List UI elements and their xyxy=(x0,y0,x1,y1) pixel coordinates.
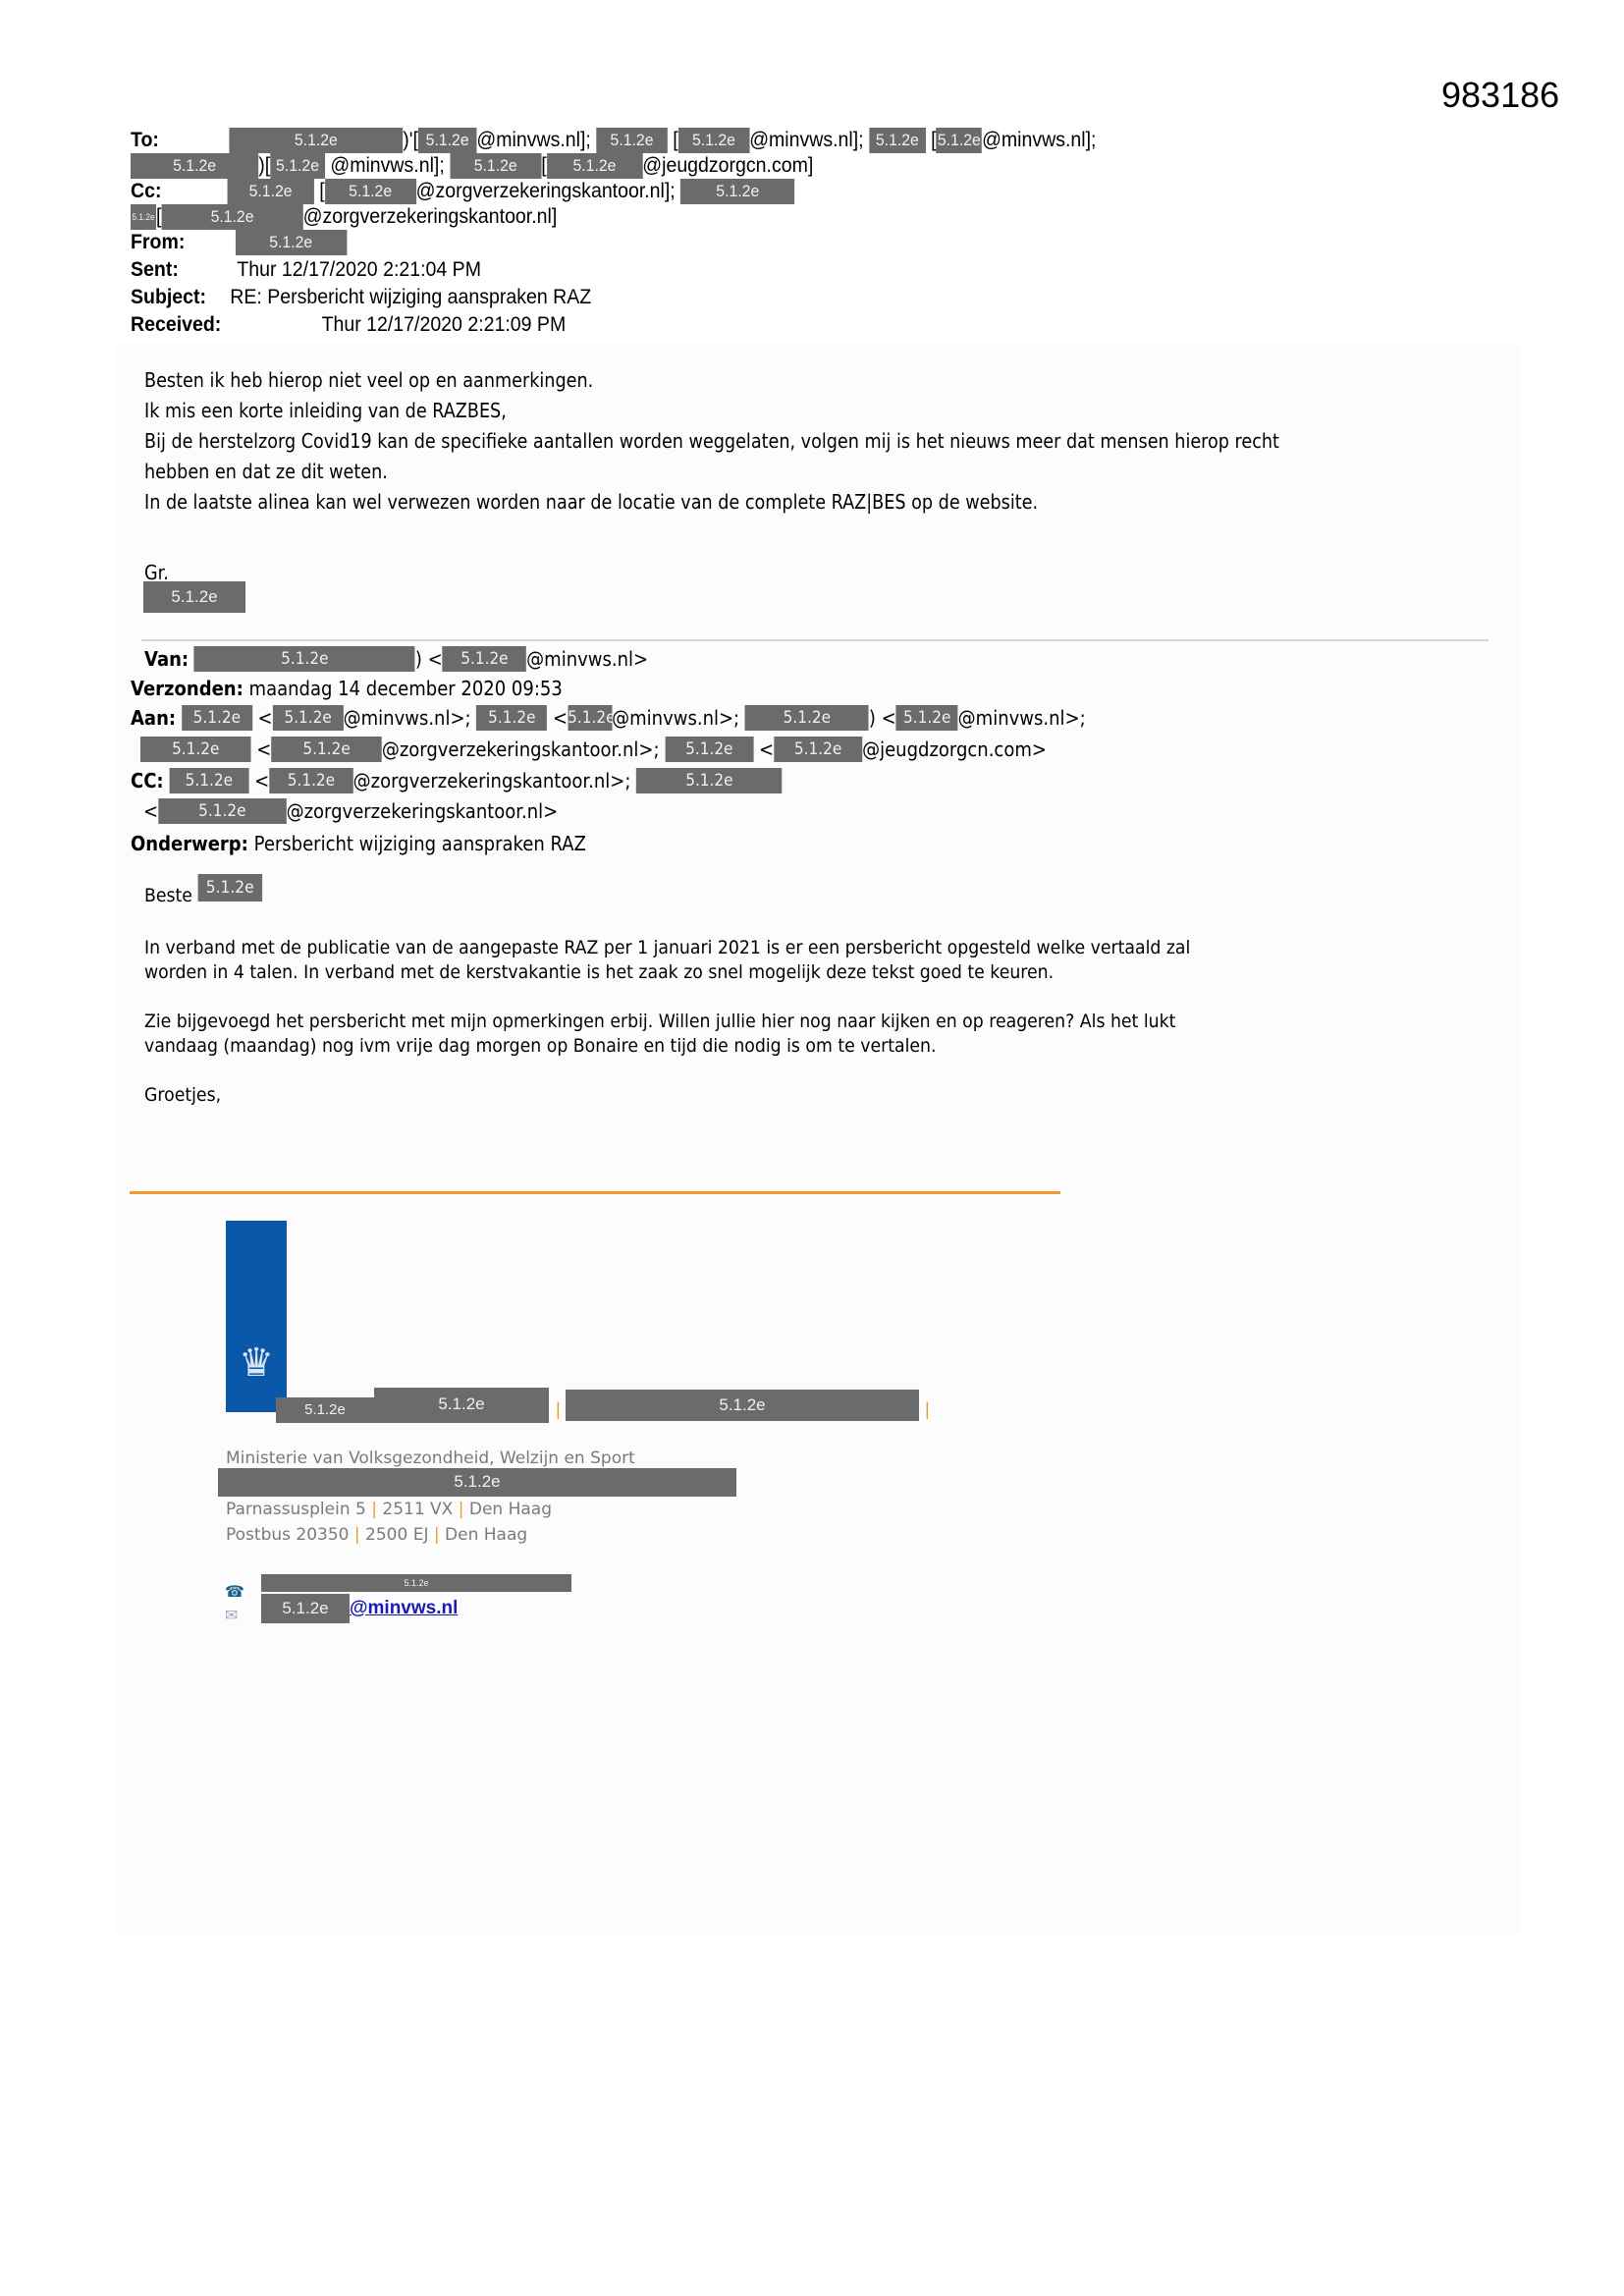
paragraph: worden in 4 talen. In verband met de ker… xyxy=(144,960,1190,985)
redaction: 5.1.2e xyxy=(235,230,346,255)
signature-rule xyxy=(130,1191,1060,1194)
redaction: 5.1.2e xyxy=(140,737,251,762)
redaction: 5.1.2e xyxy=(197,874,262,902)
aan-label: Aan: xyxy=(131,706,176,730)
aan-line-2: 5.1.2e <5.1.2e@zorgverzekeringskantoor.n… xyxy=(140,737,1047,762)
envelope-icon: ✉ xyxy=(225,1606,238,1625)
redaction: 5.1.2e xyxy=(418,128,477,153)
postcode: 2500 EJ xyxy=(365,1525,428,1545)
cc-line-2: <5.1.2e@zorgverzekeringskantoor.nl> xyxy=(143,798,558,824)
paragraph: Bij de herstelzorg Covid19 kan de specif… xyxy=(144,426,1279,457)
separator: | xyxy=(354,1525,360,1545)
street: Parnassusplein 5 xyxy=(226,1500,366,1519)
sent-value: Thur 12/17/2020 2:21:04 PM xyxy=(237,258,481,281)
text: @zorgverzekeringskantoor.nl>; xyxy=(382,738,660,761)
text: @zorgverzekeringskantoor.nl]; xyxy=(416,180,676,202)
city: Den Haag xyxy=(445,1525,527,1545)
divider xyxy=(141,639,1489,641)
closing: Groetjes, xyxy=(144,1083,1190,1108)
aan-line-1: Aan: 5.1.2e <5.1.2e@minvws.nl>; 5.1.2e <… xyxy=(131,705,1086,731)
to-line-2: 5.1.2e)[5.1.2e @minvws.nl]; 5.1.2e[5.1.2… xyxy=(131,153,813,179)
text: )[ xyxy=(258,154,270,177)
text: @minvws.nl>; xyxy=(958,706,1086,730)
redaction: 5.1.2e xyxy=(869,128,926,153)
paragraph: In de laatste alinea kan wel verwezen wo… xyxy=(144,487,1279,518)
redaction: 5.1.2e xyxy=(169,768,248,793)
redaction: 5.1.2e xyxy=(218,1468,736,1497)
address-line-1: Parnassusplein 5 | 2511 VX | Den Haag xyxy=(226,1497,552,1522)
redaction: 5.1.2e xyxy=(745,705,869,731)
phone-icon: ☎ xyxy=(225,1582,244,1602)
original-body: Beste 5.1.2e In verband met de publicati… xyxy=(144,884,1190,1132)
text: @minvws.nl]; xyxy=(982,129,1096,151)
redaction: 5.1.2e xyxy=(450,153,541,179)
redaction: 5.1.2e xyxy=(774,737,862,762)
text: @zorgverzekeringskantoor.nl> xyxy=(287,799,559,823)
separator: | xyxy=(434,1525,440,1545)
redaction: 5.1.2e xyxy=(273,705,344,731)
sent-line: Sent:Thur 12/17/2020 2:21:04 PM xyxy=(131,257,481,283)
redaction: 5.1.2e xyxy=(596,128,668,153)
subject-value: RE: Persbericht wijziging aanspraken RAZ xyxy=(230,286,591,308)
redaction: 5.1.2e xyxy=(896,705,958,731)
city: Den Haag xyxy=(469,1500,552,1519)
greeting-line: Beste 5.1.2e xyxy=(144,884,1190,911)
text: < xyxy=(143,799,158,823)
text: @jeugdzorgcn.com> xyxy=(862,738,1047,761)
separator: | xyxy=(556,1399,561,1420)
greeting: Beste xyxy=(144,885,192,906)
redaction: 5.1.2e xyxy=(131,204,156,230)
redaction: 5.1.2e xyxy=(271,737,382,762)
text: @minvws.nl>; xyxy=(612,706,739,730)
redaction: 5.1.2e xyxy=(937,128,983,153)
to-line-1: To:5.1.2e)'[5.1.2e@minvws.nl]; 5.1.2e [5… xyxy=(131,128,1096,153)
paragraph: Ik mis een korte inleiding van de RAZBES… xyxy=(144,396,1279,426)
text: @minvws.nl]; xyxy=(476,129,590,151)
text: @minvws.nl]; xyxy=(749,129,863,151)
signature-redaction: 5.1.2e xyxy=(143,581,245,613)
paragraph: Zie bijgevoegd het persbericht met mijn … xyxy=(144,1010,1190,1034)
text: < xyxy=(553,706,568,730)
redaction: 5.1.2e xyxy=(230,128,404,153)
subject-line: Subject:RE: Persbericht wijziging aanspr… xyxy=(131,285,591,310)
separator: | xyxy=(925,1399,930,1420)
redaction: 5.1.2e xyxy=(566,1390,919,1421)
text: )'[ xyxy=(403,129,418,151)
redaction: 5.1.2e xyxy=(678,128,750,153)
paragraph: In verband met de publicatie van de aang… xyxy=(144,936,1190,960)
received-label: Received: xyxy=(131,313,221,336)
cc-line: CC: 5.1.2e <5.1.2e@zorgverzekeringskanto… xyxy=(131,768,783,793)
redaction: 5.1.2e xyxy=(665,737,753,762)
text: < xyxy=(258,706,273,730)
from-label: From: xyxy=(131,231,185,253)
sent-label: Sent: xyxy=(131,258,179,281)
onderwerp-label: Onderwerp: xyxy=(131,832,248,855)
reply-body: Besten ik heb hierop niet veel op en aan… xyxy=(144,365,1279,588)
redaction: 5.1.2e xyxy=(261,1594,350,1623)
verzonden-label: Verzonden: xyxy=(131,677,244,700)
text: @minvws.nl>; xyxy=(344,706,471,730)
redaction: 5.1.2e xyxy=(227,179,313,204)
van-label: Van: xyxy=(144,647,189,671)
onderwerp-value: Persbericht wijziging aanspraken RAZ xyxy=(254,832,586,855)
redaction: 5.1.2e xyxy=(270,153,325,179)
redaction: 5.1.2e xyxy=(476,705,547,731)
text: < xyxy=(759,738,774,761)
redaction: 5.1.2e xyxy=(161,204,302,230)
redaction: 5.1.2e xyxy=(374,1388,549,1423)
redaction: 5.1.2e xyxy=(547,153,643,179)
redaction: 5.1.2e xyxy=(182,705,252,731)
cc-label: CC: xyxy=(131,769,164,793)
redaction: 5.1.2e xyxy=(269,768,353,793)
verzonden-value: maandag 14 december 2020 09:53 xyxy=(249,677,563,700)
redaction: 5.1.2e xyxy=(276,1397,374,1423)
redaction: 5.1.2e xyxy=(131,153,258,179)
redaction: 5.1.2e xyxy=(568,705,612,731)
separator: | xyxy=(371,1500,377,1519)
text: @minvws.nl]; xyxy=(330,154,444,177)
separator: | xyxy=(459,1500,464,1519)
redaction: 5.1.2e xyxy=(325,179,416,204)
redaction: 5.1.2e xyxy=(261,1574,571,1592)
cc-line-2: 5.1.2e[5.1.2e@zorgverzekeringskantoor.nl… xyxy=(131,204,557,230)
postcode: 2511 VX xyxy=(382,1500,453,1519)
cc-line-1: Cc:5.1.2e [5.1.2e@zorgverzekeringskantoo… xyxy=(131,179,794,204)
redaction: 5.1.2e xyxy=(443,646,527,672)
text: @minvws.nl> xyxy=(526,647,648,671)
from-line: From:5.1.2e xyxy=(131,230,347,255)
closing: Gr. xyxy=(144,558,1279,588)
received-value: Thur 12/17/2020 2:21:09 PM xyxy=(322,313,567,336)
address-line-2: Postbus 20350 | 2500 EJ | Den Haag xyxy=(226,1522,527,1548)
verzonden-line: Verzonden: maandag 14 december 2020 09:5… xyxy=(131,676,563,701)
redaction: 5.1.2e xyxy=(636,768,783,793)
text: < xyxy=(254,769,269,793)
cc-label: Cc: xyxy=(131,180,161,202)
page-number: 983186 xyxy=(1441,75,1559,116)
paragraph: Besten ik heb hierop niet veel op en aan… xyxy=(144,365,1279,396)
paragraph: vandaag (maandag) nog ivm vrije dag morg… xyxy=(144,1034,1190,1059)
to-label: To: xyxy=(131,129,159,151)
text: @zorgverzekeringskantoor.nl] xyxy=(303,205,558,228)
text: @jeugdzorgcn.com] xyxy=(642,154,813,177)
redaction: 5.1.2e xyxy=(158,798,286,824)
paragraph: hebben en dat ze dit weten. xyxy=(144,457,1279,487)
postbus: Postbus 20350 xyxy=(226,1525,349,1545)
onderwerp-line: Onderwerp: Persbericht wijziging aanspra… xyxy=(131,831,586,856)
text: ) < xyxy=(415,647,443,671)
subject-label: Subject: xyxy=(131,286,206,308)
redaction: 5.1.2e xyxy=(680,179,794,204)
crest-icon: ♛ xyxy=(228,1336,285,1391)
email-link[interactable]: @minvws.nl xyxy=(350,1598,458,1619)
received-line: Received:Thur 12/17/2020 2:21:09 PM xyxy=(131,312,566,338)
van-line: Van: 5.1.2e) <5.1.2e@minvws.nl> xyxy=(144,646,648,672)
redaction: 5.1.2e xyxy=(194,646,415,672)
text: @zorgverzekeringskantoor.nl>; xyxy=(353,769,631,793)
text: ) < xyxy=(869,706,896,730)
text: < xyxy=(256,738,271,761)
